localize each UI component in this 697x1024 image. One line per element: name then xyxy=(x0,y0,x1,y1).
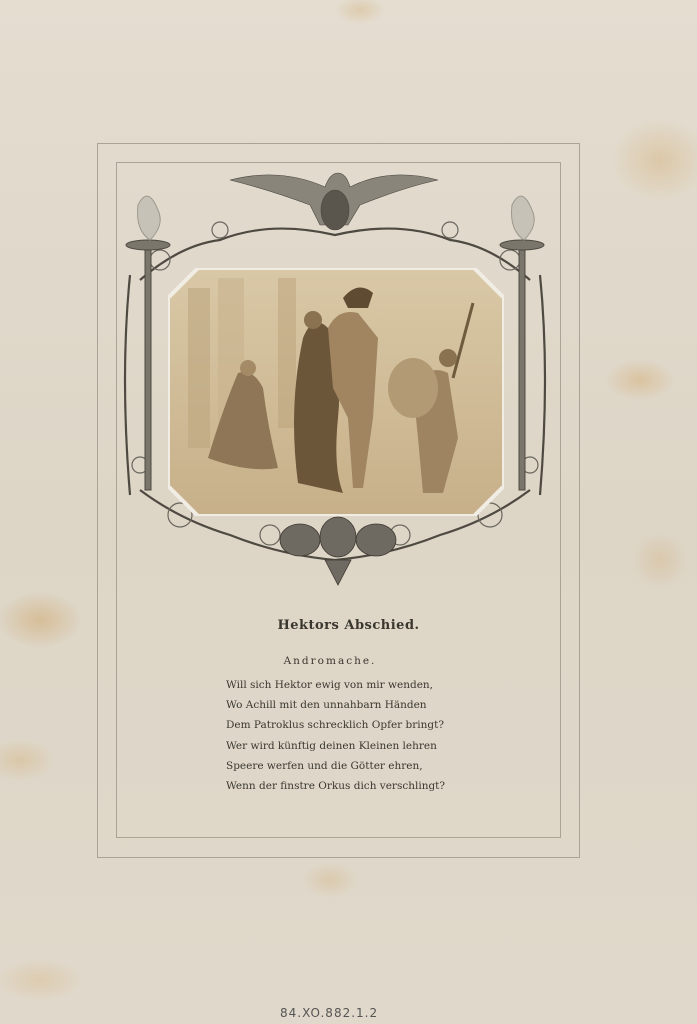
lion-mask-icon xyxy=(280,517,396,585)
verse-line: Will sich Hektor ewig von mir wenden, xyxy=(226,675,445,695)
verse-line: Wenn der finstre Orkus dich verschlingt? xyxy=(226,776,445,796)
verse-line: Dem Patroklus schrecklich Opfer bringt? xyxy=(226,715,445,735)
verse-line: Speere werfen und die Götter ehren, xyxy=(226,756,445,776)
torch-icon xyxy=(126,196,170,490)
poem-title: Hektors Abschied. xyxy=(0,618,697,633)
verse-line: Wer wird künftig deinen Kleinen lehren xyxy=(226,736,445,756)
verse-line: Wo Achill mit den unnahbarn Händen xyxy=(226,695,445,715)
poem-verse: Will sich Hektor ewig von mir wenden, Wo… xyxy=(226,675,445,796)
eagle-icon xyxy=(230,173,438,230)
illustration-plate xyxy=(168,268,504,516)
catalog-number: 84.XO.882.1.2 xyxy=(280,1006,378,1020)
torch-icon xyxy=(500,196,544,490)
speaker-name: Andromache. xyxy=(0,655,660,667)
